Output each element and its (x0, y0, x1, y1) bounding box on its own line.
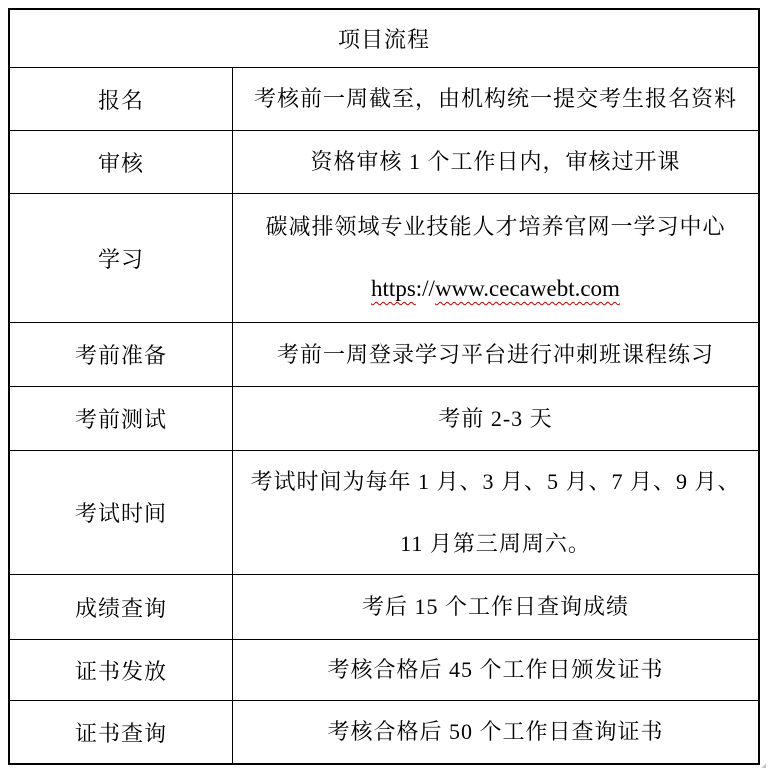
table-row-score-inquiry: 成绩查询 考后 15 个工作日查询成绩 (10, 574, 758, 639)
url-segment: :// (416, 276, 435, 301)
row-content: 资格审核 1 个工作日内，审核过开课 (232, 131, 758, 193)
url-segment-flagged: www.cecawebt (435, 276, 575, 301)
row-label: 学习 (10, 194, 232, 322)
row-content: 考试时间为每年 1 月、3 月、5 月、7 月、9 月、 11 月第三周周六。 (232, 451, 758, 574)
row-content: 考核合格后 45 个工作日颁发证书 (232, 640, 758, 700)
row-label: 成绩查询 (10, 575, 232, 639)
table-title: 项目流程 (10, 10, 758, 67)
content-line: 考试时间为每年 1 月、3 月、5 月、7 月、9 月、 (250, 451, 740, 513)
row-label: 考试时间 (10, 451, 232, 574)
project-process-table: 项目流程 报名 考核前一周截至，由机构统一提交考生报名资料 审核 资格审核 1 … (8, 8, 760, 765)
content-line: 11 月第三周周六。 (400, 513, 591, 575)
table-row-certificate-inquiry: 证书查询 考核合格后 50 个工作日查询证书 (10, 700, 758, 763)
row-content: 考核前一周截至，由机构统一提交考生报名资料 (232, 68, 758, 130)
table-row-learning: 学习 碳减排领域专业技能人才培养官网一学习中心 https://www.ceca… (10, 193, 758, 322)
url-segment-flagged: .com (575, 276, 620, 301)
row-content: 考前 2-3 天 (232, 387, 758, 450)
table-row-exam-time: 考试时间 考试时间为每年 1 月、3 月、5 月、7 月、9 月、 11 月第三… (10, 450, 758, 574)
row-content: 考后 15 个工作日查询成绩 (232, 575, 758, 639)
document-page: 项目流程 报名 考核前一周截至，由机构统一提交考生报名资料 审核 资格审核 1 … (0, 0, 769, 771)
row-label: 审核 (10, 131, 232, 193)
learning-url: https://www.cecawebt.com (371, 258, 620, 320)
row-label: 考前准备 (10, 323, 232, 386)
table-row-registration: 报名 考核前一周截至，由机构统一提交考生报名资料 (10, 67, 758, 130)
content-line: 考前一周登录学习平台进行冲刺班课程练习 (277, 324, 714, 386)
content-line: 考前 2-3 天 (438, 388, 552, 450)
url-segment-flagged: https (371, 276, 416, 301)
table-row-certificate-issuance: 证书发放 考核合格后 45 个工作日颁发证书 (10, 639, 758, 700)
row-content: 碳减排领域专业技能人才培养官网一学习中心 https://www.cecaweb… (232, 194, 758, 322)
content-line: 资格审核 1 个工作日内，审核过开课 (310, 131, 680, 193)
row-label: 证书查询 (10, 701, 232, 763)
row-content: 考前一周登录学习平台进行冲刺班课程练习 (232, 323, 758, 386)
content-line: 考核合格后 50 个工作日查询证书 (327, 701, 663, 763)
content-line: 考核合格后 45 个工作日颁发证书 (327, 640, 663, 700)
content-line: 碳减排领域专业技能人才培养官网一学习中心 (265, 196, 725, 258)
corner-artifact (760, 763, 766, 768)
table-row-exam-preparation: 考前准备 考前一周登录学习平台进行冲刺班课程练习 (10, 322, 758, 386)
table-row-review: 审核 资格审核 1 个工作日内，审核过开课 (10, 130, 758, 193)
table-title-row: 项目流程 (10, 10, 758, 67)
content-line: 考后 15 个工作日查询成绩 (362, 576, 629, 638)
row-label: 报名 (10, 68, 232, 130)
row-content: 考核合格后 50 个工作日查询证书 (232, 701, 758, 763)
table-row-pre-exam-test: 考前测试 考前 2-3 天 (10, 386, 758, 450)
content-line: 考核前一周截至，由机构统一提交考生报名资料 (254, 68, 737, 130)
row-label: 证书发放 (10, 640, 232, 700)
row-label: 考前测试 (10, 387, 232, 450)
